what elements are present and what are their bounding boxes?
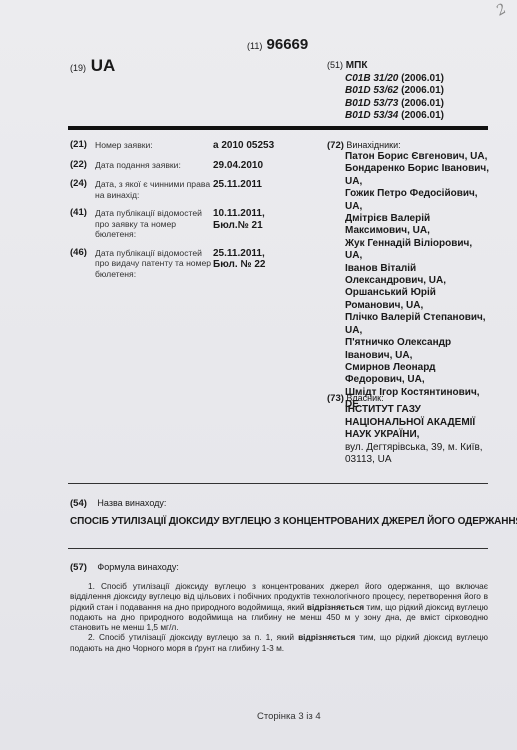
country-value: UA [91,56,116,75]
inventor-line: Смирнов Леонард [345,362,497,374]
inventor-line: Федорович, UA, [345,374,497,386]
owner-name: ІНСТИТУТ ГАЗУНАЦІОНАЛЬНОЇ АКАДЕМІЇНАУК У… [327,404,497,442]
patent-number-value: 96669 [267,36,309,53]
ipc-class-row: B01D 53/34 (2006.01) [327,110,444,123]
inventors-list: Патон Борис Євгенович, UA,Бондаренко Бор… [327,151,497,412]
biblio-row: (24)Дата, з якої є чинними права на вина… [70,179,325,200]
inventor-line: Жук Геннадій Віліорович, [345,238,497,250]
divider-top [68,483,488,484]
inventor-line: Оршанський Юрій [345,287,497,299]
biblio-code: (41) [70,208,95,240]
ipc-class: B01D 53/73 [345,98,398,109]
formula-label: Формула винаходу: [97,562,178,572]
ipc-version: (2006.01) [401,98,444,109]
ipc-class: C01B 31/20 [345,73,398,84]
inventor-line: UA, [345,250,497,262]
inventor-line: Романович, UA, [345,300,497,312]
bibliographic-data: (21)Номер заявки:a 2010 05253(22)Дата по… [70,140,325,287]
handwritten-mark: 2 [494,1,510,19]
ipc-class-row: C01B 31/20 (2006.01) [327,73,444,86]
owner-code: (73) [327,393,344,404]
inventor-line: Дмітрієв Валерій [345,213,497,225]
claims: 1. Спосіб утилізації діоксиду вуглецю з … [70,581,488,653]
biblio-row: (46)Дата публікації відомостей про видач… [70,248,325,280]
biblio-label: Дата публікації відомостей про заявку та… [95,208,213,240]
owner-address-line: вул. Дегтярівська, 39, м. Київ, [345,442,497,455]
inventors-code: (72) [327,140,344,151]
page-indicator: Сторінка 3 із 4 [257,711,321,722]
biblio-value: 29.04.2010 [213,160,263,172]
ipc-class: B01D 53/62 [345,85,398,96]
inventors-label: Винахідники: [346,140,400,150]
biblio-code: (46) [70,248,95,280]
ipc-list: C01B 31/20 (2006.01)B01D 53/62 (2006.01)… [327,73,444,123]
owner-name-line: НАУК УКРАЇНИ, [345,429,497,442]
biblio-code: (22) [70,160,95,172]
invention-title: СПОСІБ УТИЛІЗАЦІЇ ДІОКСИДУ ВУГЛЕЦЮ З КОН… [70,516,517,527]
formula-code: (57) [70,562,87,573]
inventor-line: UA, [345,325,497,337]
ipc-version: (2006.01) [401,110,444,121]
invention-title-heading: (54) Назва винаходу: [70,498,166,509]
header-divider [68,126,488,130]
biblio-value: 25.11.2011 [213,179,262,200]
country: (19) UA [70,56,115,76]
biblio-code: (21) [70,140,95,152]
ipc-class-row: B01D 53/62 (2006.01) [327,85,444,98]
claim: 1. Спосіб утилізації діоксиду вуглецю з … [70,581,488,632]
owner-name-line: ІНСТИТУТ ГАЗУ [345,404,497,417]
ipc-class: B01D 53/34 [345,110,398,121]
formula-heading: (57) Формула винаходу: [70,562,179,573]
claim: 2. Спосіб утилізації діоксиду вуглецю за… [70,632,488,653]
ipc-title: МПК [346,60,368,71]
claim-emphasis: відрізняється [298,632,355,642]
biblio-label: Дата подання заявки: [95,160,213,172]
ipc-block: (51) МПК C01B 31/20 (2006.01)B01D 53/62 … [327,59,444,123]
inventor-line: UA, [345,176,497,188]
ipc-code: (51) [327,60,343,70]
inventor-line: П'ятничко Олександр [345,337,497,349]
owner-block: (73) Власник: ІНСТИТУТ ГАЗУНАЦІОНАЛЬНОЇ … [327,393,497,467]
inventor-line: Плічко Валерій Степанович, [345,312,497,324]
claim-emphasis: відрізняється [307,602,364,612]
biblio-label: Номер заявки: [95,140,213,152]
inventor-line: Максимович, UA, [345,225,497,237]
inventor-line: Іванов Віталій [345,263,497,275]
patent-page: 2 (11) 96669 (19) UA (51) МПК C01B 31/20… [0,0,517,750]
biblio-value: 10.11.2011, Бюл.№ 21 [213,208,265,240]
patent-number: (11) 96669 [247,36,308,53]
owner-name-line: НАЦІОНАЛЬНОЇ АКАДЕМІЇ [345,417,497,430]
ipc-version: (2006.01) [401,73,444,84]
inventor-line: Іванович, UA, [345,350,497,362]
ipc-version: (2006.01) [401,85,444,96]
inventor-line: Гожик Петро Федосійович, [345,188,497,200]
biblio-label: Дата публікації відомостей про видачу па… [95,248,213,280]
country-code: (19) [70,63,86,73]
inventor-line: Бондаренко Борис Іванович, [345,163,497,175]
inventor-line: Патон Борис Євгенович, UA, [345,151,497,163]
inventors-block: (72) Винахідники: Патон Борис Євгенович,… [327,140,497,412]
biblio-row: (22)Дата подання заявки:29.04.2010 [70,160,325,172]
owner-address: вул. Дегтярівська, 39, м. Київ,03113, UA [327,442,497,467]
patent-code: (11) [247,41,262,51]
inventor-line: Олександрович, UA, [345,275,497,287]
title-label: Назва винаходу: [97,498,166,508]
title-code: (54) [70,498,87,509]
biblio-row: (21)Номер заявки:a 2010 05253 [70,140,325,152]
biblio-value: 25.11.2011, Бюл. № 22 [213,248,265,280]
biblio-label: Дата, з якої є чинними права на винахід: [95,179,213,200]
owner-address-line: 03113, UA [345,454,497,467]
biblio-value: a 2010 05253 [213,140,274,152]
owner-label: Власник: [346,393,383,403]
ipc-class-row: B01D 53/73 (2006.01) [327,98,444,111]
biblio-row: (41)Дата публікації відомостей про заявк… [70,208,325,240]
inventor-line: UA, [345,201,497,213]
divider-bottom [68,548,488,549]
biblio-code: (24) [70,179,95,200]
